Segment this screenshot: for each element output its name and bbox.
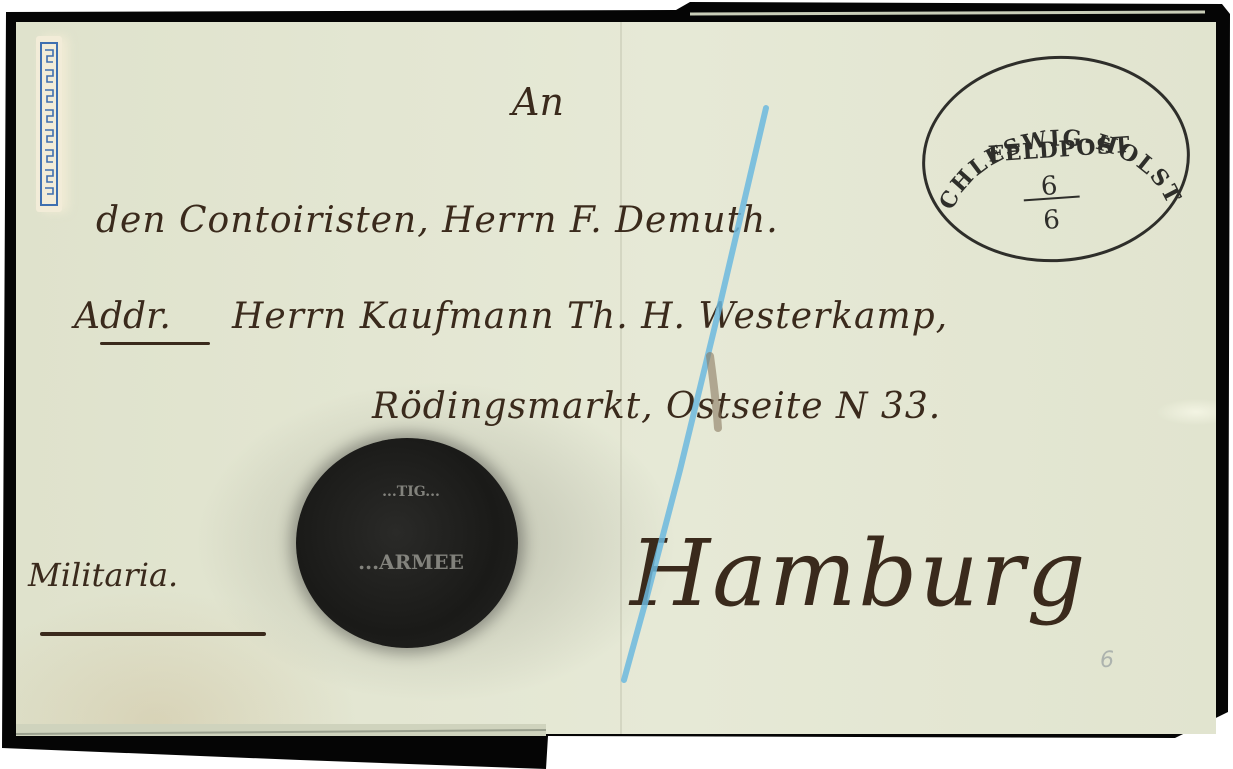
address-line-3: Rödingsmarkt, Ostseite N 33. xyxy=(372,386,941,427)
seal-text-bottom: ...ARMEE xyxy=(336,550,486,574)
stamp-fragment xyxy=(36,36,62,212)
pencil-note: 6 xyxy=(1100,648,1114,673)
address-line-2: Herrn Kaufmann Th. H. Westerkamp, xyxy=(232,296,948,337)
feldpost-postmark: SCHLESWIG-HOLST. FELDPOST 6 6 xyxy=(915,47,1197,271)
address-prefix-underline xyxy=(100,342,210,345)
postmark-month: 6 xyxy=(1042,205,1061,236)
postal-cover-photo: SCHLESWIG-HOLST. FELDPOST 6 6 An den Con… xyxy=(0,0,1233,769)
seal-text-top: ...TIG... xyxy=(336,484,486,500)
destination-city: Hamburg xyxy=(630,520,1087,627)
salutation-text: An xyxy=(512,80,564,124)
address-line-1: den Contoiristen, Herrn F. Demuth. xyxy=(96,200,779,241)
greek-key-border-icon xyxy=(40,42,58,206)
wax-seal-armee: ...TIG... ...ARMEE xyxy=(296,438,518,648)
militaria-annotation: Militaria. xyxy=(28,556,178,594)
address-prefix: Addr. xyxy=(74,296,171,337)
militaria-underline xyxy=(40,632,266,636)
